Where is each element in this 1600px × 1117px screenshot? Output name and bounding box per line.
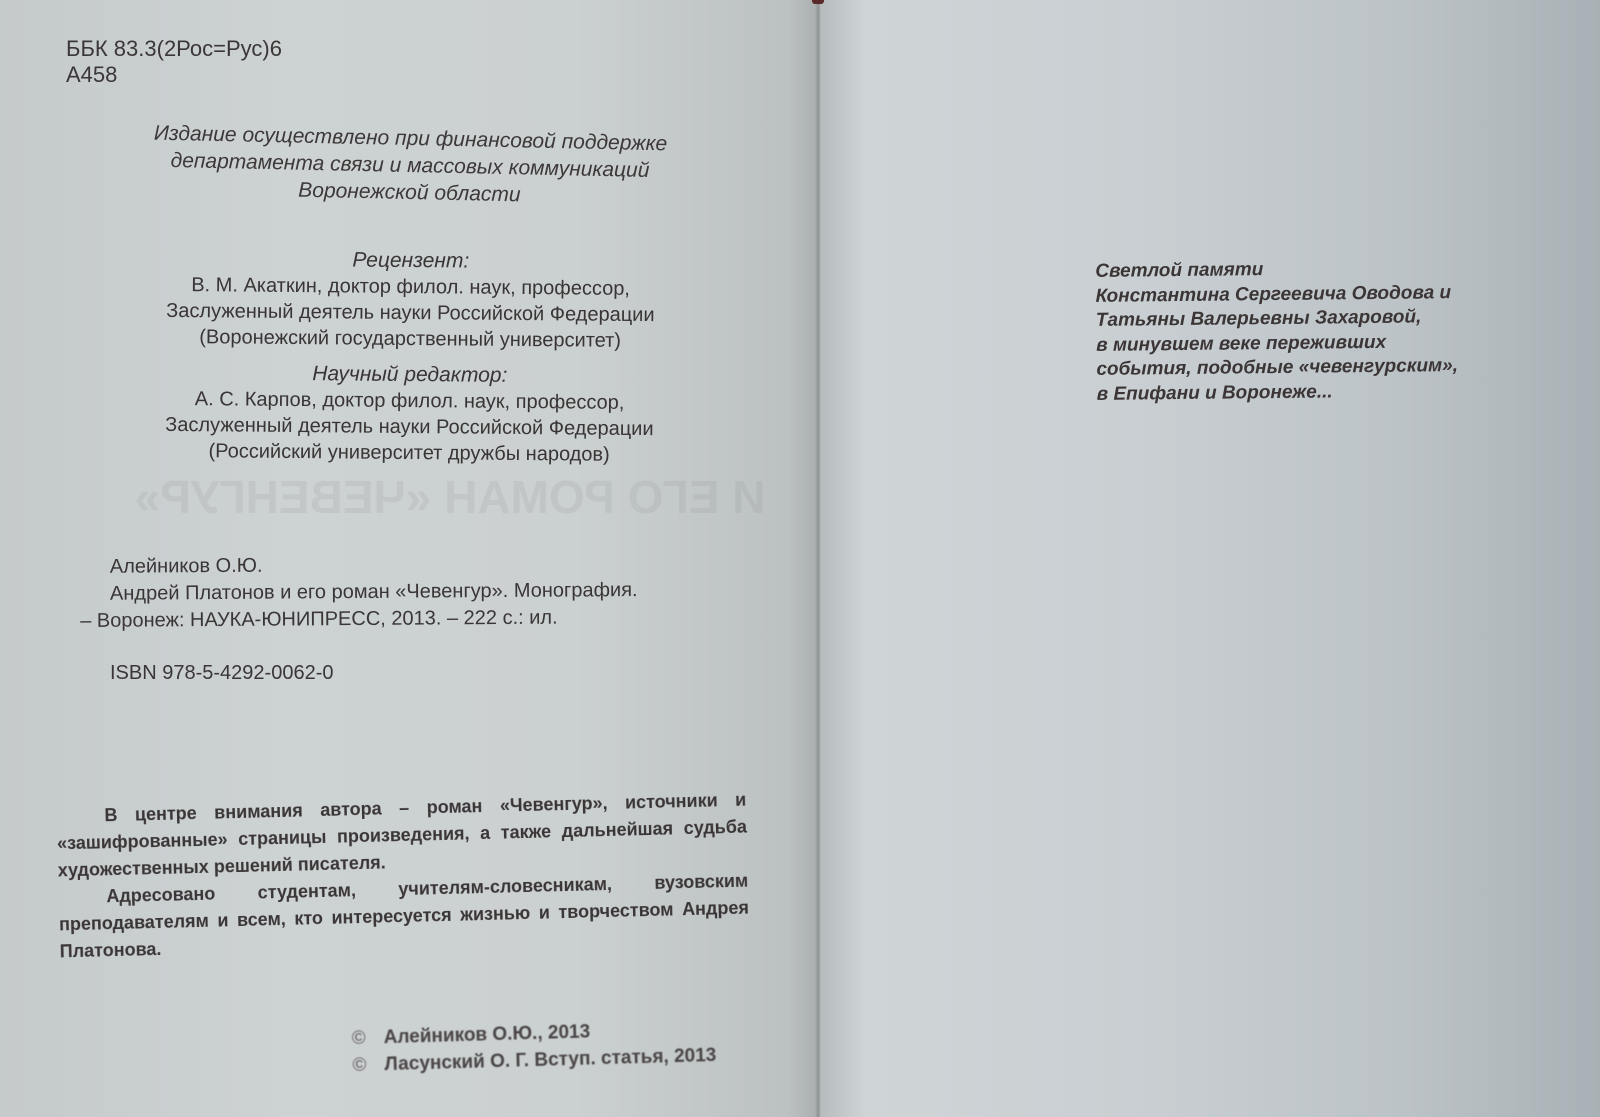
editor-line: (Российский университет дружбы народов) [109, 437, 709, 468]
show-through-text: И ЕГО РОМАН «ЧЕВЕНГУР» [130, 470, 770, 524]
author-mark: А458 [66, 62, 282, 88]
dedication-line: Константина Сергеевича Оводова и [1095, 281, 1457, 309]
record-imprint: – Воронеж: НАУКА-ЮНИПРЕСС, 2013. – 222 с… [80, 604, 638, 635]
dedication: Светлой памяти Константина Сергеевича Ов… [1095, 256, 1458, 407]
copyright-icon: © [352, 1051, 385, 1079]
dedication-line: события, подобные «чевенгурским», [1096, 354, 1458, 382]
book-gutter [815, 0, 821, 1117]
bbk-code: ББК 83.3(2Рос=Рус)6 [66, 36, 282, 62]
classification-codes: ББК 83.3(2Рос=Рус)6 А458 [66, 36, 282, 88]
copyright-block: ©Алейников О.Ю., 2013 ©Ласунский О. Г. В… [351, 1015, 716, 1079]
bibliographic-record: Алейников О.Ю. Андрей Платонов и его ром… [80, 550, 638, 635]
annotation: В центре внимания автора – роман «Чевенг… [56, 787, 750, 966]
funding-note: Издание осуществлено при финансовой подд… [109, 119, 711, 213]
dedication-line: в Епифани и Воронеже... [1097, 379, 1459, 407]
dedication-line: в минувшем веке переживших [1096, 330, 1458, 358]
credits-block: Рецензент: В. М. Акаткин, доктор филол. … [109, 245, 711, 468]
copyright-icon: © [351, 1024, 384, 1052]
right-page [820, 0, 1600, 1117]
book-spread: ББК 83.3(2Рос=Рус)6 А458 Издание осущест… [0, 0, 1600, 1117]
record-title: Андрей Платонов и его роман «Чевенгур». … [80, 577, 638, 608]
editor-line: Заслуженный деятель науки Российской Фед… [109, 411, 709, 442]
dedication-line: Татьяны Валерьевны Захаровой, [1096, 305, 1458, 333]
dedication-line: Светлой памяти [1095, 256, 1457, 284]
spine-mark [812, 0, 824, 4]
record-author: Алейников О.Ю. [80, 550, 638, 581]
annotation-paragraph: Адресовано студентам, учителям-словесник… [58, 868, 750, 966]
copyright-text: Алейников О.Ю., 2013 [383, 1021, 590, 1048]
reviewer-line: (Воронежский государственный университет… [110, 323, 710, 354]
isbn: ISBN 978-5-4292-0062-0 [110, 662, 333, 685]
